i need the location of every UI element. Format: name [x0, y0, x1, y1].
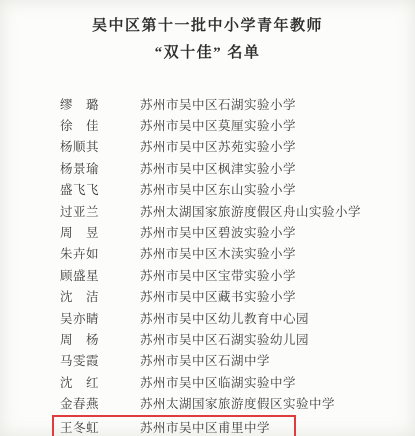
teacher-list: 缪 璐 苏州市吴中区石湖实验小学 徐 佳 苏州市吴中区莫厘实验小学 杨顺其 苏州…: [0, 93, 415, 436]
teacher-school: 苏州市吴中区木渎实验小学: [140, 244, 296, 262]
teacher-school: 苏州市吴中区苏苑实验小学: [140, 137, 296, 155]
table-row: 杨景瑜 苏州市吴中区枫津实验小学: [0, 157, 415, 178]
table-row: 吴亦睛 苏州市吴中区幼儿教育中心园: [0, 307, 415, 328]
teacher-name: 金春燕: [60, 394, 140, 412]
teacher-name: 杨顺其: [60, 137, 140, 155]
teacher-name: 徐 佳: [60, 116, 140, 134]
title-line-1: 吴中区第十一批中小学青年教师: [0, 13, 415, 40]
table-row: 盛飞飞 苏州市吴中区东山实验小学: [0, 179, 415, 200]
teacher-name: 吴亦睛: [60, 309, 140, 327]
teacher-school: 苏州市吴中区幼儿教育中心园: [140, 309, 309, 327]
table-row: 缪 璐 苏州市吴中区石湖实验小学: [0, 93, 415, 114]
table-row: 沈 洁 苏州市吴中区藏书实验小学: [0, 286, 415, 307]
teacher-name: 朱卉如: [60, 244, 140, 262]
table-row: 顾盛星 苏州市吴中区宝带实验小学: [0, 264, 415, 285]
table-row: 徐 佳 苏州市吴中区莫厘实验小学: [0, 114, 415, 135]
table-row: 沈 红 苏州市吴中区临湖实验中学: [0, 371, 415, 392]
teacher-school: 苏州太湖国家旅游度假区舟山实验小学: [140, 202, 361, 220]
teacher-school: 苏州市吴中区石湖实验小学: [140, 95, 296, 113]
table-row: 马雯霞 苏州市吴中区石湖中学: [0, 350, 415, 371]
scanned-document-page: 吴中区第十一批中小学青年教师 “双十佳” 名单 缪 璐 苏州市吴中区石湖实验小学…: [0, 0, 415, 436]
table-row-highlighted: 王冬虹 苏州市吴中区甫里中学: [52, 415, 296, 436]
teacher-name: 马雯霞: [60, 351, 140, 369]
teacher-school: 苏州市吴中区东山实验小学: [140, 180, 296, 198]
teacher-school: 苏州市吴中区临湖实验中学: [140, 373, 296, 391]
teacher-name: 顾盛星: [60, 266, 140, 284]
teacher-school: 苏州市吴中区藏书实验小学: [140, 287, 296, 305]
teacher-school: 苏州太湖国家旅游度假区实验中学: [140, 394, 335, 412]
teacher-school: 苏州市吴中区石湖中学: [140, 351, 270, 369]
teacher-name: 王冬虹: [60, 418, 140, 436]
teacher-school: 苏州市吴中区石湖实验幼儿园: [140, 330, 309, 348]
teacher-name: 缪 璐: [60, 95, 140, 113]
table-row: 周 昱 苏州市吴中区碧波实验小学: [0, 221, 415, 242]
teacher-school: 苏州市吴中区碧波实验小学: [140, 223, 296, 241]
teacher-name: 盛飞飞: [60, 180, 140, 198]
table-row: 过亚兰 苏州太湖国家旅游度假区舟山实验小学: [0, 200, 415, 221]
table-row: 杨顺其 苏州市吴中区苏苑实验小学: [0, 136, 415, 157]
document-title: 吴中区第十一批中小学青年教师 “双十佳” 名单: [0, 0, 415, 67]
teacher-school: 苏州市吴中区莫厘实验小学: [140, 116, 296, 134]
table-row: 金春燕 苏州太湖国家旅游度假区实验中学: [0, 392, 415, 413]
table-row: 朱卉如 苏州市吴中区木渎实验小学: [0, 243, 415, 264]
teacher-name: 杨景瑜: [60, 159, 140, 177]
title-line-2: “双十佳” 名单: [0, 40, 415, 67]
teacher-name: 过亚兰: [60, 202, 140, 220]
teacher-school: 苏州市吴中区枫津实验小学: [140, 159, 296, 177]
teacher-school: 苏州市吴中区宝带实验小学: [140, 266, 296, 284]
teacher-name: 周 昱: [60, 223, 140, 241]
teacher-name: 周 杨: [60, 330, 140, 348]
teacher-school: 苏州市吴中区甫里中学: [140, 418, 270, 436]
table-row: 周 杨 苏州市吴中区石湖实验幼儿园: [0, 328, 415, 349]
teacher-name: 沈 洁: [60, 287, 140, 305]
teacher-name: 沈 红: [60, 373, 140, 391]
